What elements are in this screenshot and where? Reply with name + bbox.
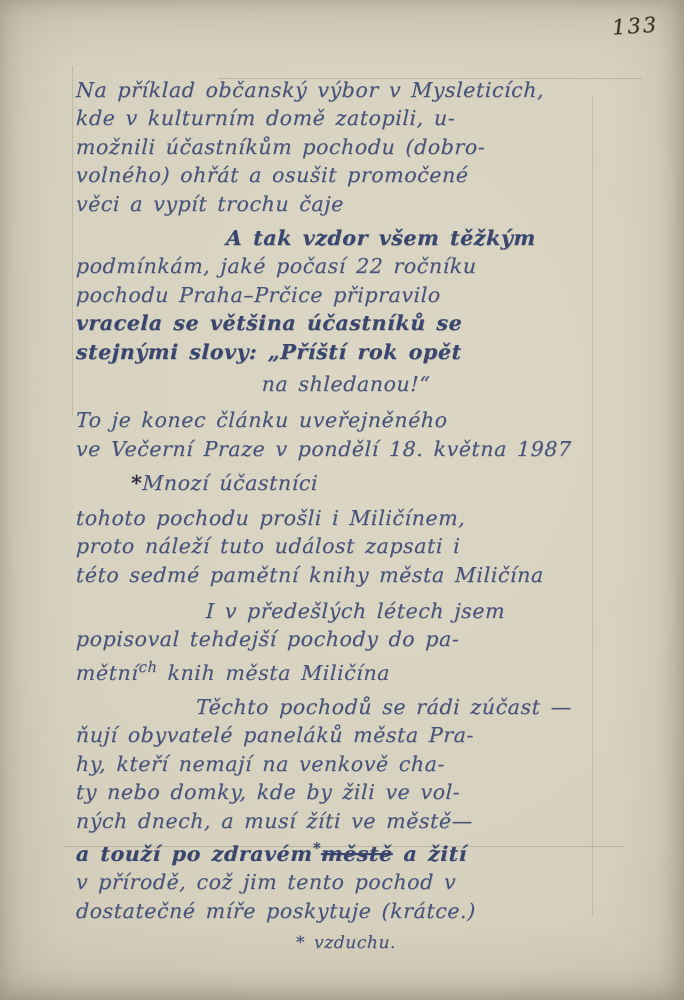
text-segment: Mnozí účastníci <box>142 471 319 495</box>
handwritten-line: podmínkám, jaké počasí 22 ročníku <box>76 252 617 280</box>
text-segment: ve Večerní Praze v pondělí 18. května 19… <box>76 437 573 461</box>
text-segment: A tak vzdor všem těžkým <box>226 226 537 250</box>
text-segment: knih města Miličína <box>157 661 390 685</box>
text-block: Na příklad občanský výbor v Mysleticích,… <box>76 76 616 957</box>
text-segment: I v předešlých létech jsem <box>206 599 506 623</box>
text-segment: kde v kulturním domě zatopili, u- <box>76 106 456 130</box>
handwritten-line: ných dnech, a musí žíti ve městě— <box>76 807 617 835</box>
handwritten-line: popisoval tehdejší pochody do pa- <box>76 625 617 653</box>
handwritten-line: věci a vypít trochu čaje <box>76 190 617 218</box>
text-segment: na shledanou!“ <box>261 372 430 396</box>
text-segment: Těchto pochodů se rádi zúčast — <box>196 695 573 719</box>
text-segment: dostatečné míře poskytuje (krátce.) <box>76 899 477 923</box>
manuscript-page: 133 Na příklad občanský výbor v Mysletic… <box>0 0 684 1000</box>
text-segment: vracela se většina účastníků se <box>76 311 463 335</box>
text-segment: možnili účastníkům pochodu (dobro- <box>76 135 486 159</box>
handwritten-line: ty nebo domky, kde by žili ve vol- <box>76 778 617 806</box>
handwritten-line: pochodu Praha–Prčice připravilo <box>76 281 617 309</box>
handwritten-line: možnili účastníkům pochodu (dobro- <box>76 133 617 161</box>
handwritten-line: proto náleží tuto událost zapsati i <box>76 532 617 560</box>
text-segment: ných dnech, a musí žíti ve městě— <box>76 809 474 833</box>
text-segment: proto náleží tuto událost zapsati i <box>76 534 461 558</box>
text-segment: tohoto pochodu prošli i Miličínem, <box>76 506 466 530</box>
text-segment: věci a vypít trochu čaje <box>76 192 345 216</box>
handwritten-line: a touží po zdravém*městě a žití <box>75 835 616 868</box>
handwritten-line: tohoto pochodu prošli i Miličínem, <box>76 504 617 532</box>
guide-line-left-margin <box>72 66 73 416</box>
text-segment: ty nebo domky, kde by žili ve vol- <box>76 780 461 804</box>
text-segment: To je konec článku uveřejněného <box>76 408 449 432</box>
text-segment: a žití <box>392 842 467 866</box>
struck-word: městě <box>321 842 394 866</box>
text-segment: popisoval tehdejší pochody do pa- <box>76 627 460 651</box>
handwritten-line: v přírodě, což jim tento pochod v <box>76 868 617 896</box>
handwritten-line: I v předešlých létech jsem <box>76 597 617 625</box>
text-segment: ňují obyvatelé paneláků města Pra- <box>76 723 475 747</box>
handwritten-line: * vzduchu. <box>76 929 617 957</box>
handwritten-line: Těchto pochodů se rádi zúčast — <box>76 693 617 721</box>
handwritten-line: To je konec článku uveřejněného <box>76 406 617 434</box>
handwritten-line: této sedmé pamětní knihy města Miličína <box>76 561 617 589</box>
handwritten-line: *Mnozí účastníci <box>76 469 617 497</box>
handwritten-line: mětních knih města Miličína <box>75 654 616 687</box>
handwritten-line: Na příklad občanský výbor v Mysleticích, <box>76 76 617 104</box>
text-segment: Na příklad občanský výbor v Mysleticích, <box>76 78 545 102</box>
text-segment: hy, kteří nemají na venkově cha- <box>76 752 446 776</box>
text-segment: * vzduchu. <box>296 933 397 953</box>
text-segment: volného) ohřát a osušit promočené <box>76 163 469 187</box>
handwritten-line: volného) ohřát a osušit promočené <box>76 161 617 189</box>
text-segment: ch <box>138 659 158 676</box>
text-segment: podmínkám, jaké počasí 22 ročníku <box>76 254 478 278</box>
handwritten-line: na shledanou!“ <box>76 370 617 398</box>
text-segment: mětní <box>76 661 139 685</box>
handwritten-line: stejnými slovy: „Příští rok opět <box>76 338 617 366</box>
text-segment: stejnými slovy: „Příští rok opět <box>76 340 463 364</box>
text-segment: a touží po zdravém <box>76 842 314 866</box>
text-segment: v přírodě, což jim tento pochod v <box>76 870 457 894</box>
handwritten-line: vracela se většina účastníků se <box>76 309 617 337</box>
text-segment: pochodu Praha–Prčice připravilo <box>76 283 442 307</box>
handwritten-line: ňují obyvatelé paneláků města Pra- <box>76 721 617 749</box>
page-number: 133 <box>611 12 659 39</box>
text-segment: této sedmé pamětní knihy města Miličína <box>76 563 545 587</box>
handwritten-line: kde v kulturním domě zatopili, u- <box>76 104 617 132</box>
handwritten-line: A tak vzdor všem těžkým <box>76 224 617 252</box>
handwritten-line: dostatečné míře poskytuje (krátce.) <box>76 897 617 925</box>
handwritten-line: ve Večerní Praze v pondělí 18. května 19… <box>76 435 617 463</box>
handwritten-line: hy, kteří nemají na venkově cha- <box>76 750 617 778</box>
